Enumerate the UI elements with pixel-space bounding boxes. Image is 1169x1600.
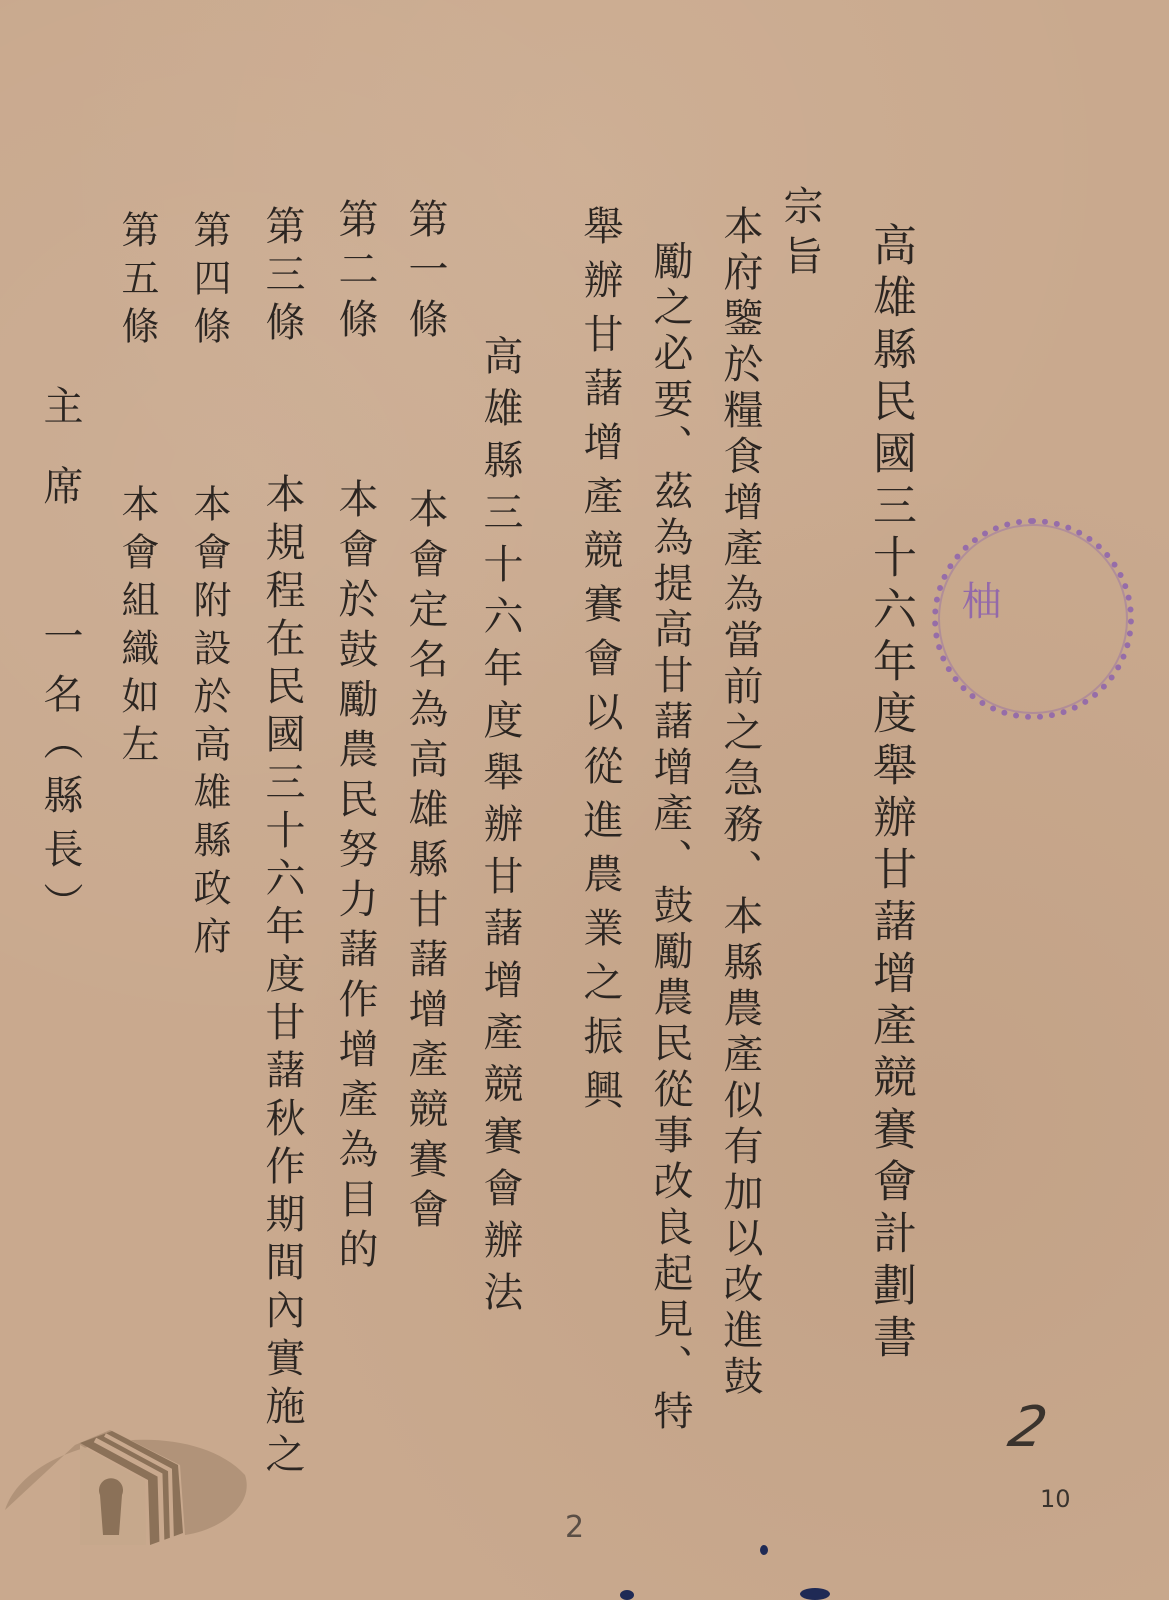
purpose-heading: 宗旨 (780, 185, 820, 285)
article-2: 第二條 本會於鼓勵農民努力藷作增產為目的 (335, 198, 375, 1278)
page-number-mark: 2 (1003, 1395, 1052, 1460)
article-5-text: 本會組織如左 (115, 484, 159, 772)
archive-logo-icon (0, 1395, 255, 1545)
ink-speck (760, 1545, 768, 1555)
article-3: 第三條 本規程在民國三十六年度甘藷秋作期間內實施之 (262, 205, 302, 1481)
regulation-title: 高雄縣三十六年度舉辦甘藷增產競賽會辦法 (480, 335, 520, 1323)
ink-speck (620, 1590, 634, 1600)
article-2-text: 本會於鼓勵農民努力藷作增產為目的 (332, 478, 378, 1278)
chair-role: 主席 (40, 385, 80, 545)
article-1-text: 本會定名為高雄縣甘藷增產競賽會 (402, 488, 448, 1238)
article-5: 第五條 本會組織如左 (118, 210, 156, 772)
article-5-label: 第五條 (115, 210, 159, 354)
purpose-line-3: 舉辦甘藷增產競賽會以從進農業之振興 (580, 205, 620, 1123)
article-4-text: 本會附設於高雄縣政府 (187, 484, 231, 964)
purpose-line-1: 本府鑒於糧食增產為當前之急務、本縣農產似有加以改進鼓 (720, 205, 760, 1401)
article-4: 第四條 本會附設於高雄縣政府 (190, 210, 228, 964)
seal-text: 柚 (950, 580, 1007, 626)
article-2-label: 第二條 (332, 198, 378, 348)
article-4-label: 第四條 (187, 210, 231, 354)
article-3-text: 本規程在民國三十六年度甘藷秋作期間內實施之 (259, 473, 305, 1481)
bottom-page-number: 2 (565, 1510, 584, 1545)
article-3-label: 第三條 (259, 205, 305, 349)
article-1-label: 第一條 (402, 198, 448, 348)
document-title: 高雄縣民國三十六年度舉辦甘藷增產競賽會計劃書 (868, 222, 912, 1366)
ink-speck (800, 1588, 830, 1600)
page-sub-number: 10 (1040, 1485, 1071, 1513)
article-1: 第一條 本會定名為高雄縣甘藷增產競賽會 (405, 198, 445, 1238)
chair-count: 一名 (40, 615, 80, 731)
purpose-line-2: 勵之必要、茲為提高甘藷增產、鼓勵農民從事改良起見、特 (650, 240, 690, 1436)
document-page: 高雄縣民國三十六年度舉辦甘藷增產競賽會計劃書 宗旨 本府鑒於糧食增產為當前之急務… (0, 0, 1169, 1600)
chair-note: （縣長） (40, 720, 80, 936)
